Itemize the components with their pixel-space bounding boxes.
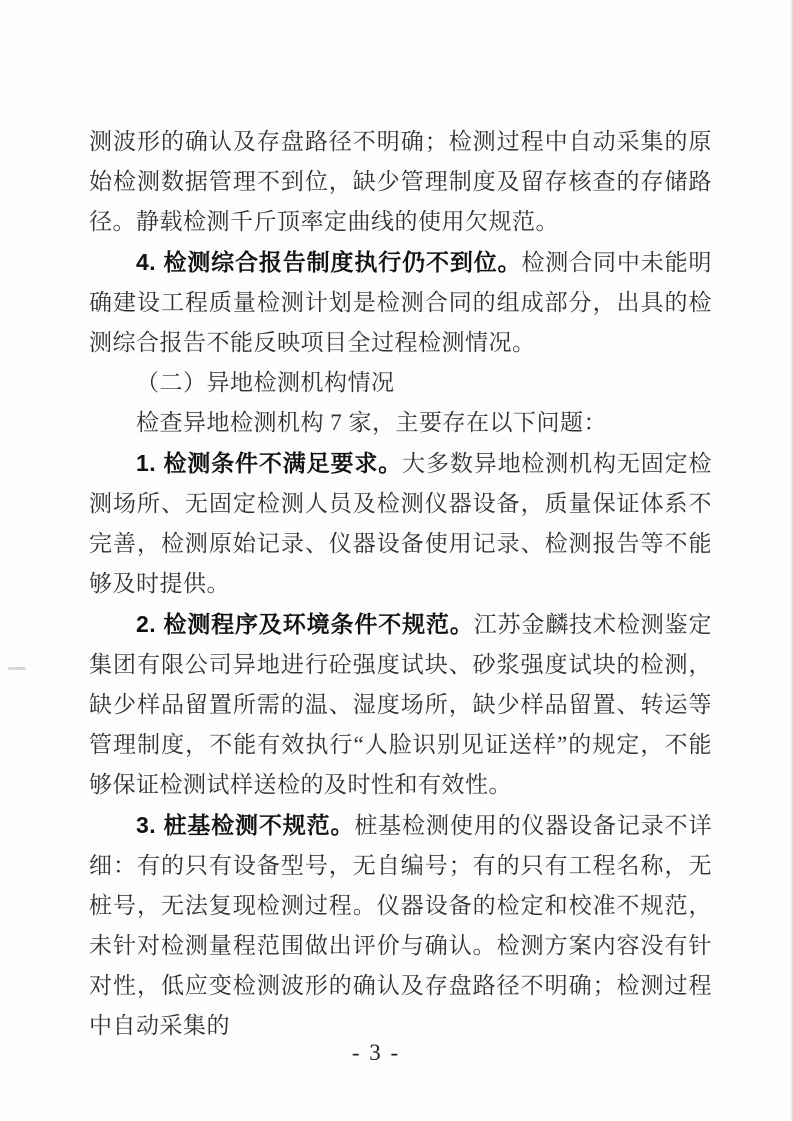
paragraph-continuation: 测波形的确认及存盘路径不明确；检测过程中自动采集的原始检测数据管理不到位，缺少管… (89, 122, 712, 242)
paragraph-item-3: 3. 桩基检测不规范。桩基检测使用的仪器设备记录不详细：有的只有设备型号，无自编… (89, 805, 712, 1046)
paragraph-text: 测波形的确认及存盘路径不明确；检测过程中自动采集的原始检测数据管理不到位，缺少管… (89, 129, 712, 234)
paragraph-text: 桩基检测使用的仪器设备记录不详细：有的只有设备型号，无自编号；有的只有工程名称，… (89, 813, 712, 1038)
paragraph-text: 检查异地检测机构 7 家，主要存在以下问题： (136, 410, 607, 435)
paragraph-intro: 检查异地检测机构 7 家，主要存在以下问题： (89, 403, 712, 443)
paragraph-text: 江苏金麟技术检测鉴定集团有限公司异地进行砼强度试块、砂浆强度试块的检测，缺少样品… (89, 612, 712, 797)
paragraph-lead: 3. 桩基检测不规范。 (136, 812, 354, 838)
section-heading-2: （二）异地检测机构情况 (89, 363, 712, 403)
paragraph-item-2: 2. 检测程序及环境条件不规范。江苏金麟技术检测鉴定集团有限公司异地进行砼强度试… (89, 604, 712, 805)
paragraph-lead: 1. 检测条件不满足要求。 (136, 450, 402, 476)
document-body: 测波形的确认及存盘路径不明确；检测过程中自动采集的原始检测数据管理不到位，缺少管… (89, 122, 712, 1046)
paragraph-lead: 4. 检测综合报告制度执行仍不到位。 (136, 249, 521, 275)
scan-artifact-dash (8, 667, 26, 670)
paragraph-lead: 2. 检测程序及环境条件不规范。 (136, 611, 474, 637)
paragraph-item-1: 1. 检测条件不满足要求。大多数异地检测机构无固定检测场所、无固定检测人员及检测… (89, 443, 712, 604)
page-number: - 3 - (0, 1040, 752, 1066)
section-heading-text: （二）异地检测机构情况 (136, 370, 395, 395)
paragraph-item-4: 4. 检测综合报告制度执行仍不到位。检测合同中未能明确建设工程质量检测计划是检测… (89, 242, 712, 363)
